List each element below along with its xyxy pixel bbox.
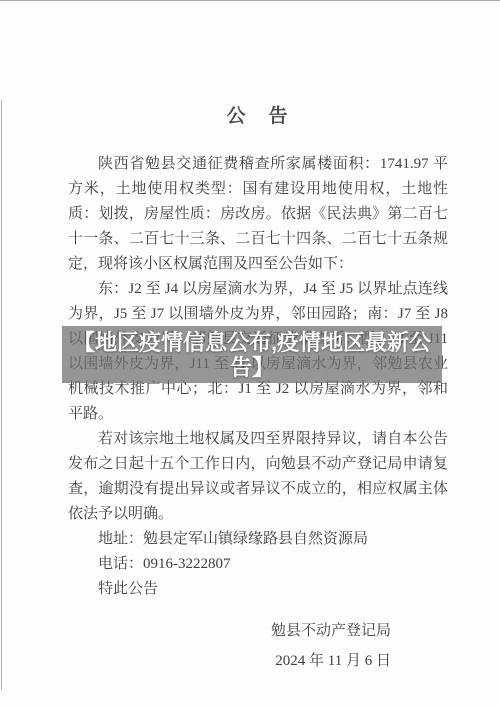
paragraph-objection-notice: 若对该宗地土地权属及四至界限持异议，请自本公告发布之日起十五个工作日内，向勉县不… <box>68 427 448 527</box>
headline-overlay-banner: 【地区疫情信息公布,疫情地区最新公 告】 <box>62 326 442 383</box>
phone-line: 电话：0916-3222807 <box>68 552 448 577</box>
paragraph-property-info: 陕西省勉县交通征费稽查所家属楼面积：1741.97 平方米，土地使用权类型：国有… <box>68 152 448 277</box>
headline-overlay-text-line1: 【地区疫情信息公布,疫情地区最新公 <box>73 330 431 355</box>
photo-left-edge-line <box>1 100 2 690</box>
announcement-title: 公 告 <box>68 104 448 130</box>
signature-block: 勉县不动产登记局 2024 年 11 月 6 日 <box>68 616 448 676</box>
document-photo: 公 告 陕西省勉县交通征费稽查所家属楼面积：1741.97 平方米，土地使用权类… <box>0 0 500 707</box>
address-line: 地址：勉县定军山镇绿缘路县自然资源局 <box>68 527 448 552</box>
headline-overlay-text-line2: 告】 <box>230 355 274 380</box>
signature-issuer: 勉县不动产登记局 <box>68 616 391 646</box>
closing-line: 特此公告 <box>68 577 448 602</box>
signature-date: 2024 年 11 月 6 日 <box>68 646 391 676</box>
